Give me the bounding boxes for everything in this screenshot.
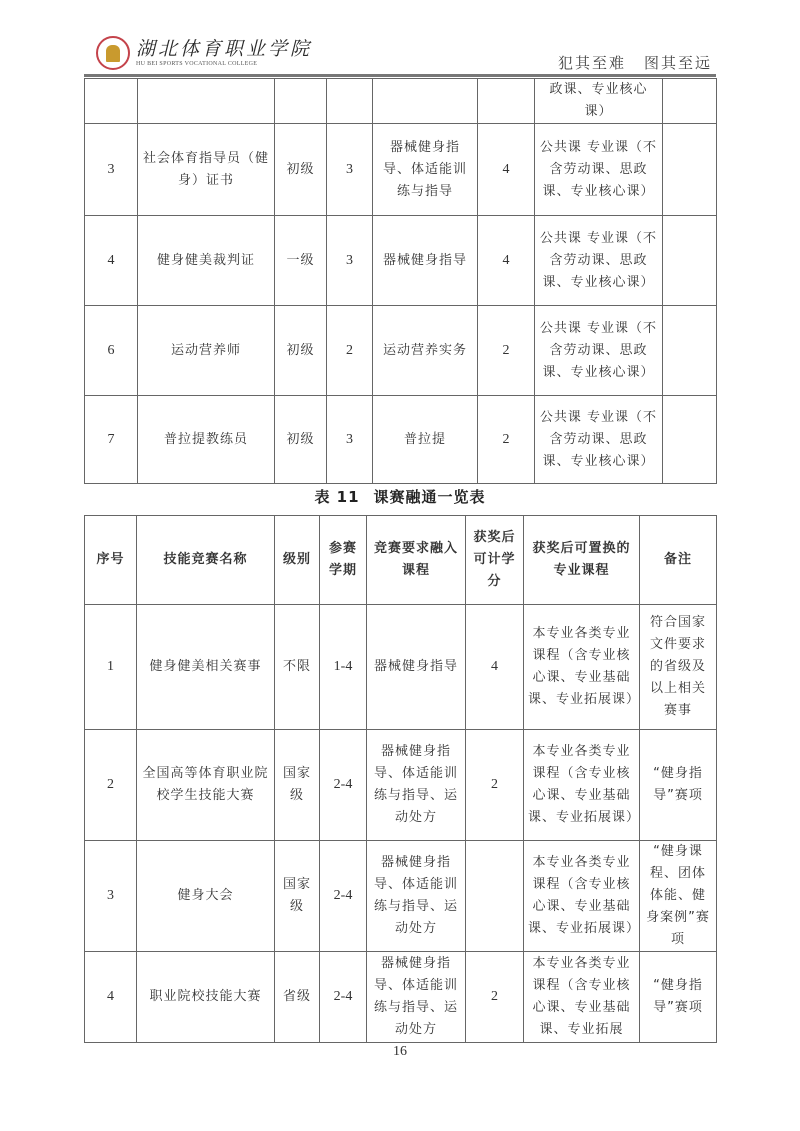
cell-no: 6 — [85, 306, 138, 396]
table-row: 6 运动营养师 初级 2 运动营养实务 2 公共课 专业课（不含劳动课、思政课、… — [85, 306, 717, 396]
cell-replace: 公共课 专业课（不含劳动课、思政课、专业核心课） — [535, 306, 663, 396]
cell-name: 社会体育指导员（健身）证书 — [138, 124, 275, 216]
college-seal-icon — [96, 36, 130, 70]
header-no: 序号 — [85, 516, 137, 605]
cell-credits — [478, 79, 535, 124]
cell-credits: 4 — [478, 124, 535, 216]
cell-replace: 公共课 专业课（不含劳动课、思政课、专业核心课） — [535, 124, 663, 216]
cell-credits: 4 — [466, 605, 524, 730]
cell-level: 国家级 — [275, 730, 320, 841]
cell-replace: 公共课 专业课（不含劳动课、思政课、专业核心课） — [535, 216, 663, 306]
cell-name: 全国高等体育职业院校学生技能大赛 — [137, 730, 275, 841]
cell-term: 2-4 — [320, 841, 367, 952]
cell-level: 省级 — [275, 952, 320, 1043]
table-row: 4 职业院校技能大赛 省级 2-4 器械健身指导、体适能训练与指导、运动处方 2… — [85, 952, 717, 1043]
cell-credits: 2 — [478, 396, 535, 484]
table-row: 7 普拉提教练员 初级 3 普拉提 2 公共课 专业课（不含劳动课、思政课、专业… — [85, 396, 717, 484]
cell-credits: 4 — [478, 216, 535, 306]
cell-period: 3 — [327, 124, 373, 216]
header-level: 级别 — [275, 516, 320, 605]
cell-level: 国家级 — [275, 841, 320, 952]
cell-level: 不限 — [275, 605, 320, 730]
page-header: 湖北体育职业学院 HU BEI SPORTS VOCATIONAL COLLEG… — [84, 34, 716, 74]
cell-name — [138, 79, 275, 124]
motto-part-2: 图其至远 — [644, 54, 712, 72]
cell-course: 器械健身指导、体适能训练与指导、运动处方 — [367, 730, 466, 841]
cell-level: 一级 — [275, 216, 327, 306]
cell-no: 3 — [85, 124, 138, 216]
caption-title: 课赛融通一览表 — [374, 488, 486, 506]
cell-course: 器械健身指导 — [373, 216, 478, 306]
cell-term: 2-4 — [320, 952, 367, 1043]
cell-name: 运动营养师 — [138, 306, 275, 396]
cell-no — [85, 79, 138, 124]
cell-course: 器械健身指导 — [367, 605, 466, 730]
logo-chinese-name: 湖北体育职业学院 — [136, 38, 312, 60]
cell-note — [663, 396, 717, 484]
cell-replace: 公共课 专业课（不含劳动课、思政课、专业核心课） — [535, 396, 663, 484]
college-motto: 犯其至难图其至远 — [558, 52, 712, 73]
certificate-table: 政课、专业核心课） 3 社会体育指导员（健身）证书 初级 3 器械健身指导、体适… — [84, 78, 717, 484]
cell-period: 2 — [327, 306, 373, 396]
cell-level — [275, 79, 327, 124]
competition-table: 序号 技能竞赛名称 级别 参赛学期 竞赛要求融入课程 获奖后可计学分 获奖后可置… — [84, 515, 717, 1043]
table-header-row: 序号 技能竞赛名称 级别 参赛学期 竞赛要求融入课程 获奖后可计学分 获奖后可置… — [85, 516, 717, 605]
cell-name: 普拉提教练员 — [138, 396, 275, 484]
cell-level: 初级 — [275, 396, 327, 484]
table-row: 1 健身健美相关赛事 不限 1-4 器械健身指导 4 本专业各类专业课程（含专业… — [85, 605, 717, 730]
cell-term: 2-4 — [320, 730, 367, 841]
cell-name: 健身大会 — [137, 841, 275, 952]
cell-note — [663, 124, 717, 216]
cell-credits: 2 — [466, 952, 524, 1043]
header-note: 备注 — [640, 516, 717, 605]
cell-period: 3 — [327, 396, 373, 484]
cell-no: 2 — [85, 730, 137, 841]
cell-level: 初级 — [275, 124, 327, 216]
table-row: 2 全国高等体育职业院校学生技能大赛 国家级 2-4 器械健身指导、体适能训练与… — [85, 730, 717, 841]
cell-credits: 2 — [466, 730, 524, 841]
header-term: 参赛学期 — [320, 516, 367, 605]
table-row-continued: 政课、专业核心课） — [85, 79, 717, 124]
table-row: 3 健身大会 国家级 2-4 器械健身指导、体适能训练与指导、运动处方 本专业各… — [85, 841, 717, 952]
college-logo: 湖北体育职业学院 HU BEI SPORTS VOCATIONAL COLLEG… — [96, 36, 312, 70]
cell-course: 器械健身指导、体适能训练与指导、运动处方 — [367, 841, 466, 952]
cell-replace: 政课、专业核心课） — [535, 79, 663, 124]
cell-no: 3 — [85, 841, 137, 952]
cell-replace: 本专业各类专业课程（含专业核心课、专业基础课、专业拓展 — [524, 952, 640, 1043]
cell-name: 职业院校技能大赛 — [137, 952, 275, 1043]
header-competition-name: 技能竞赛名称 — [137, 516, 275, 605]
cell-no: 4 — [85, 952, 137, 1043]
table-caption: 表 11课赛融通一览表 — [0, 486, 800, 507]
cell-period — [327, 79, 373, 124]
table-row: 3 社会体育指导员（健身）证书 初级 3 器械健身指导、体适能训练与指导 4 公… — [85, 124, 717, 216]
cell-note: “健身课程、团体体能、健身案例”赛项 — [640, 841, 717, 952]
cell-replace: 本专业各类专业课程（含专业核心课、专业基础课、专业拓展课） — [524, 730, 640, 841]
cell-replace: 本专业各类专业课程（含专业核心课、专业基础课、专业拓展课） — [524, 841, 640, 952]
cell-name: 健身健美裁判证 — [138, 216, 275, 306]
cell-no: 1 — [85, 605, 137, 730]
cell-note — [663, 216, 717, 306]
cell-course: 普拉提 — [373, 396, 478, 484]
cell-note — [663, 306, 717, 396]
logo-english-name: HU BEI SPORTS VOCATIONAL COLLEGE — [136, 60, 312, 68]
cell-course: 器械健身指导、体适能训练与指导 — [373, 124, 478, 216]
cell-note: 符合国家文件要求的省级及以上相关赛事 — [640, 605, 717, 730]
page-number: 16 — [0, 1044, 800, 1060]
cell-note: “健身指导”赛项 — [640, 730, 717, 841]
cell-credits: 2 — [478, 306, 535, 396]
cell-period: 3 — [327, 216, 373, 306]
cell-note: “健身指导”赛项 — [640, 952, 717, 1043]
cell-no: 7 — [85, 396, 138, 484]
cell-level: 初级 — [275, 306, 327, 396]
header-divider — [84, 74, 716, 77]
cell-note — [663, 79, 717, 124]
cell-replace: 本专业各类专业课程（含专业核心课、专业基础课、专业拓展课） — [524, 605, 640, 730]
cell-term: 1-4 — [320, 605, 367, 730]
motto-part-1: 犯其至难 — [558, 54, 626, 72]
cell-course — [373, 79, 478, 124]
header-credits: 获奖后可计学分 — [466, 516, 524, 605]
cell-credits — [466, 841, 524, 952]
cell-course: 器械健身指导、体适能训练与指导、运动处方 — [367, 952, 466, 1043]
cell-no: 4 — [85, 216, 138, 306]
cell-name: 健身健美相关赛事 — [137, 605, 275, 730]
header-course: 竞赛要求融入课程 — [367, 516, 466, 605]
header-replace: 获奖后可置换的专业课程 — [524, 516, 640, 605]
cell-course: 运动营养实务 — [373, 306, 478, 396]
caption-number: 表 11 — [314, 488, 359, 506]
table-row: 4 健身健美裁判证 一级 3 器械健身指导 4 公共课 专业课（不含劳动课、思政… — [85, 216, 717, 306]
